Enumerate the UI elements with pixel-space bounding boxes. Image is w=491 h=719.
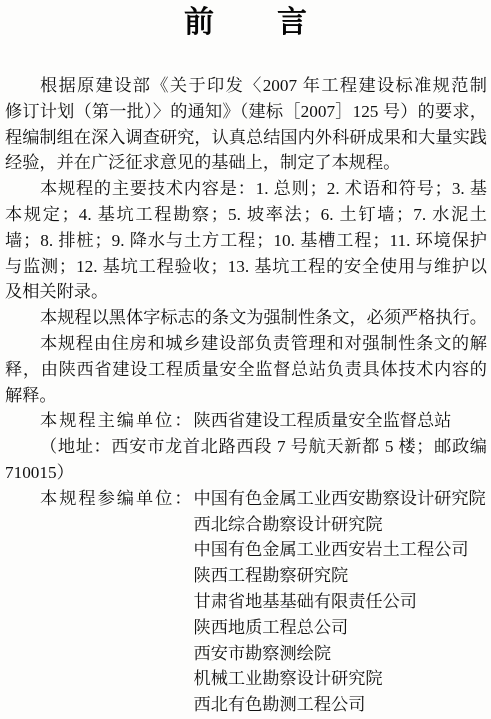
text-line: 修订计划（第一批）〉的通知》（建标［2007］125 号）的要求，规: [5, 99, 487, 125]
paragraph-2: 本规程的主要技术内容是：1. 总则；2. 术语和符号；3. 基 本规定；4. 基…: [5, 176, 487, 305]
paragraph-4: 本规程由住房和城乡建设部负责管理和对强制性条文的解 释，由陕西省建设工程质量安全…: [5, 331, 487, 408]
organization-item: 陕西地质工程总公司: [194, 615, 487, 641]
text-line: 经验，并在广泛征求意见的基础上，制定了本规程。: [5, 150, 487, 176]
chief-editor-value: 陕西省建设工程质量安全监督总站: [194, 408, 452, 434]
document-body: 根据原建设部《关于印发〈2007 年工程建设标准规范制订、 修订计划（第一批）〉…: [5, 73, 487, 718]
text-line: 解释。: [5, 383, 487, 409]
text-line: 本规程以黑体字标志的条文为强制性条文，必须严格执行。: [5, 305, 487, 331]
text-line: 墙；8. 排桩；9. 降水与土方工程；10. 基槽工程；11. 环境保护: [5, 228, 487, 254]
organization-item: 西北有色勘测工程公司: [194, 692, 487, 718]
text-line: 及相关附录。: [5, 279, 487, 305]
chief-editor-row: 本规程主编单位： 陕西省建设工程质量安全监督总站: [5, 408, 487, 434]
organization-item: 甘肃省地基基础有限责任公司: [194, 589, 487, 615]
chief-editor-address-line: （地址：西安市龙首北路西段 7 号航天新都 5 楼；邮政编码：: [5, 434, 487, 460]
participants-row: 本规程参编单位： 中国有色金属工业西安勘察设计研究院 西北综合勘察设计研究院 中…: [5, 486, 487, 718]
paragraph-1: 根据原建设部《关于印发〈2007 年工程建设标准规范制订、 修订计划（第一批）〉…: [5, 73, 487, 176]
text-line: 本规定；4. 基坑工程勘察；5. 坡率法；6. 土钉墙；7. 水泥土: [5, 202, 487, 228]
participant-organizations: 中国有色金属工业西安勘察设计研究院 西北综合勘察设计研究院 中国有色金属工业西安…: [194, 486, 487, 718]
text-line: 释，由陕西省建设工程质量安全监督总站负责具体技术内容的: [5, 357, 487, 383]
text-line: 根据原建设部《关于印发〈2007 年工程建设标准规范制订、: [5, 73, 487, 99]
organization-item: 西北综合勘察设计研究院: [194, 512, 487, 538]
document-page: 前 言 根据原建设部《关于印发〈2007 年工程建设标准规范制订、 修订计划（第…: [0, 0, 491, 719]
chief-editor-postcode-line: 710015）: [5, 460, 487, 486]
organization-item: 中国有色金属工业西安勘察设计研究院: [194, 486, 487, 512]
text-line: 本规程由住房和城乡建设部负责管理和对强制性条文的解: [5, 331, 487, 357]
paragraph-3: 本规程以黑体字标志的条文为强制性条文，必须严格执行。: [5, 305, 487, 331]
organization-item: 中国有色金属工业西安岩土工程公司: [194, 537, 487, 563]
text-line: 程编制组在深入调查研究，认真总结国内外科研成果和大量实践: [5, 125, 487, 151]
organization-item: 机械工业勘察设计研究院: [194, 666, 487, 692]
chief-editor-label: 本规程主编单位：: [40, 408, 194, 434]
text-line: 与监测；12. 基坑工程验收；13. 基坑工程的安全使用与维护以: [5, 254, 487, 280]
organization-item: 陕西工程勘察研究院: [194, 563, 487, 589]
page-title: 前 言: [5, 3, 487, 43]
text-line: 本规程的主要技术内容是：1. 总则；2. 术语和符号；3. 基: [5, 176, 487, 202]
participants-label: 本规程参编单位：: [40, 486, 194, 512]
organization-item: 西安市勘察测绘院: [194, 641, 487, 667]
